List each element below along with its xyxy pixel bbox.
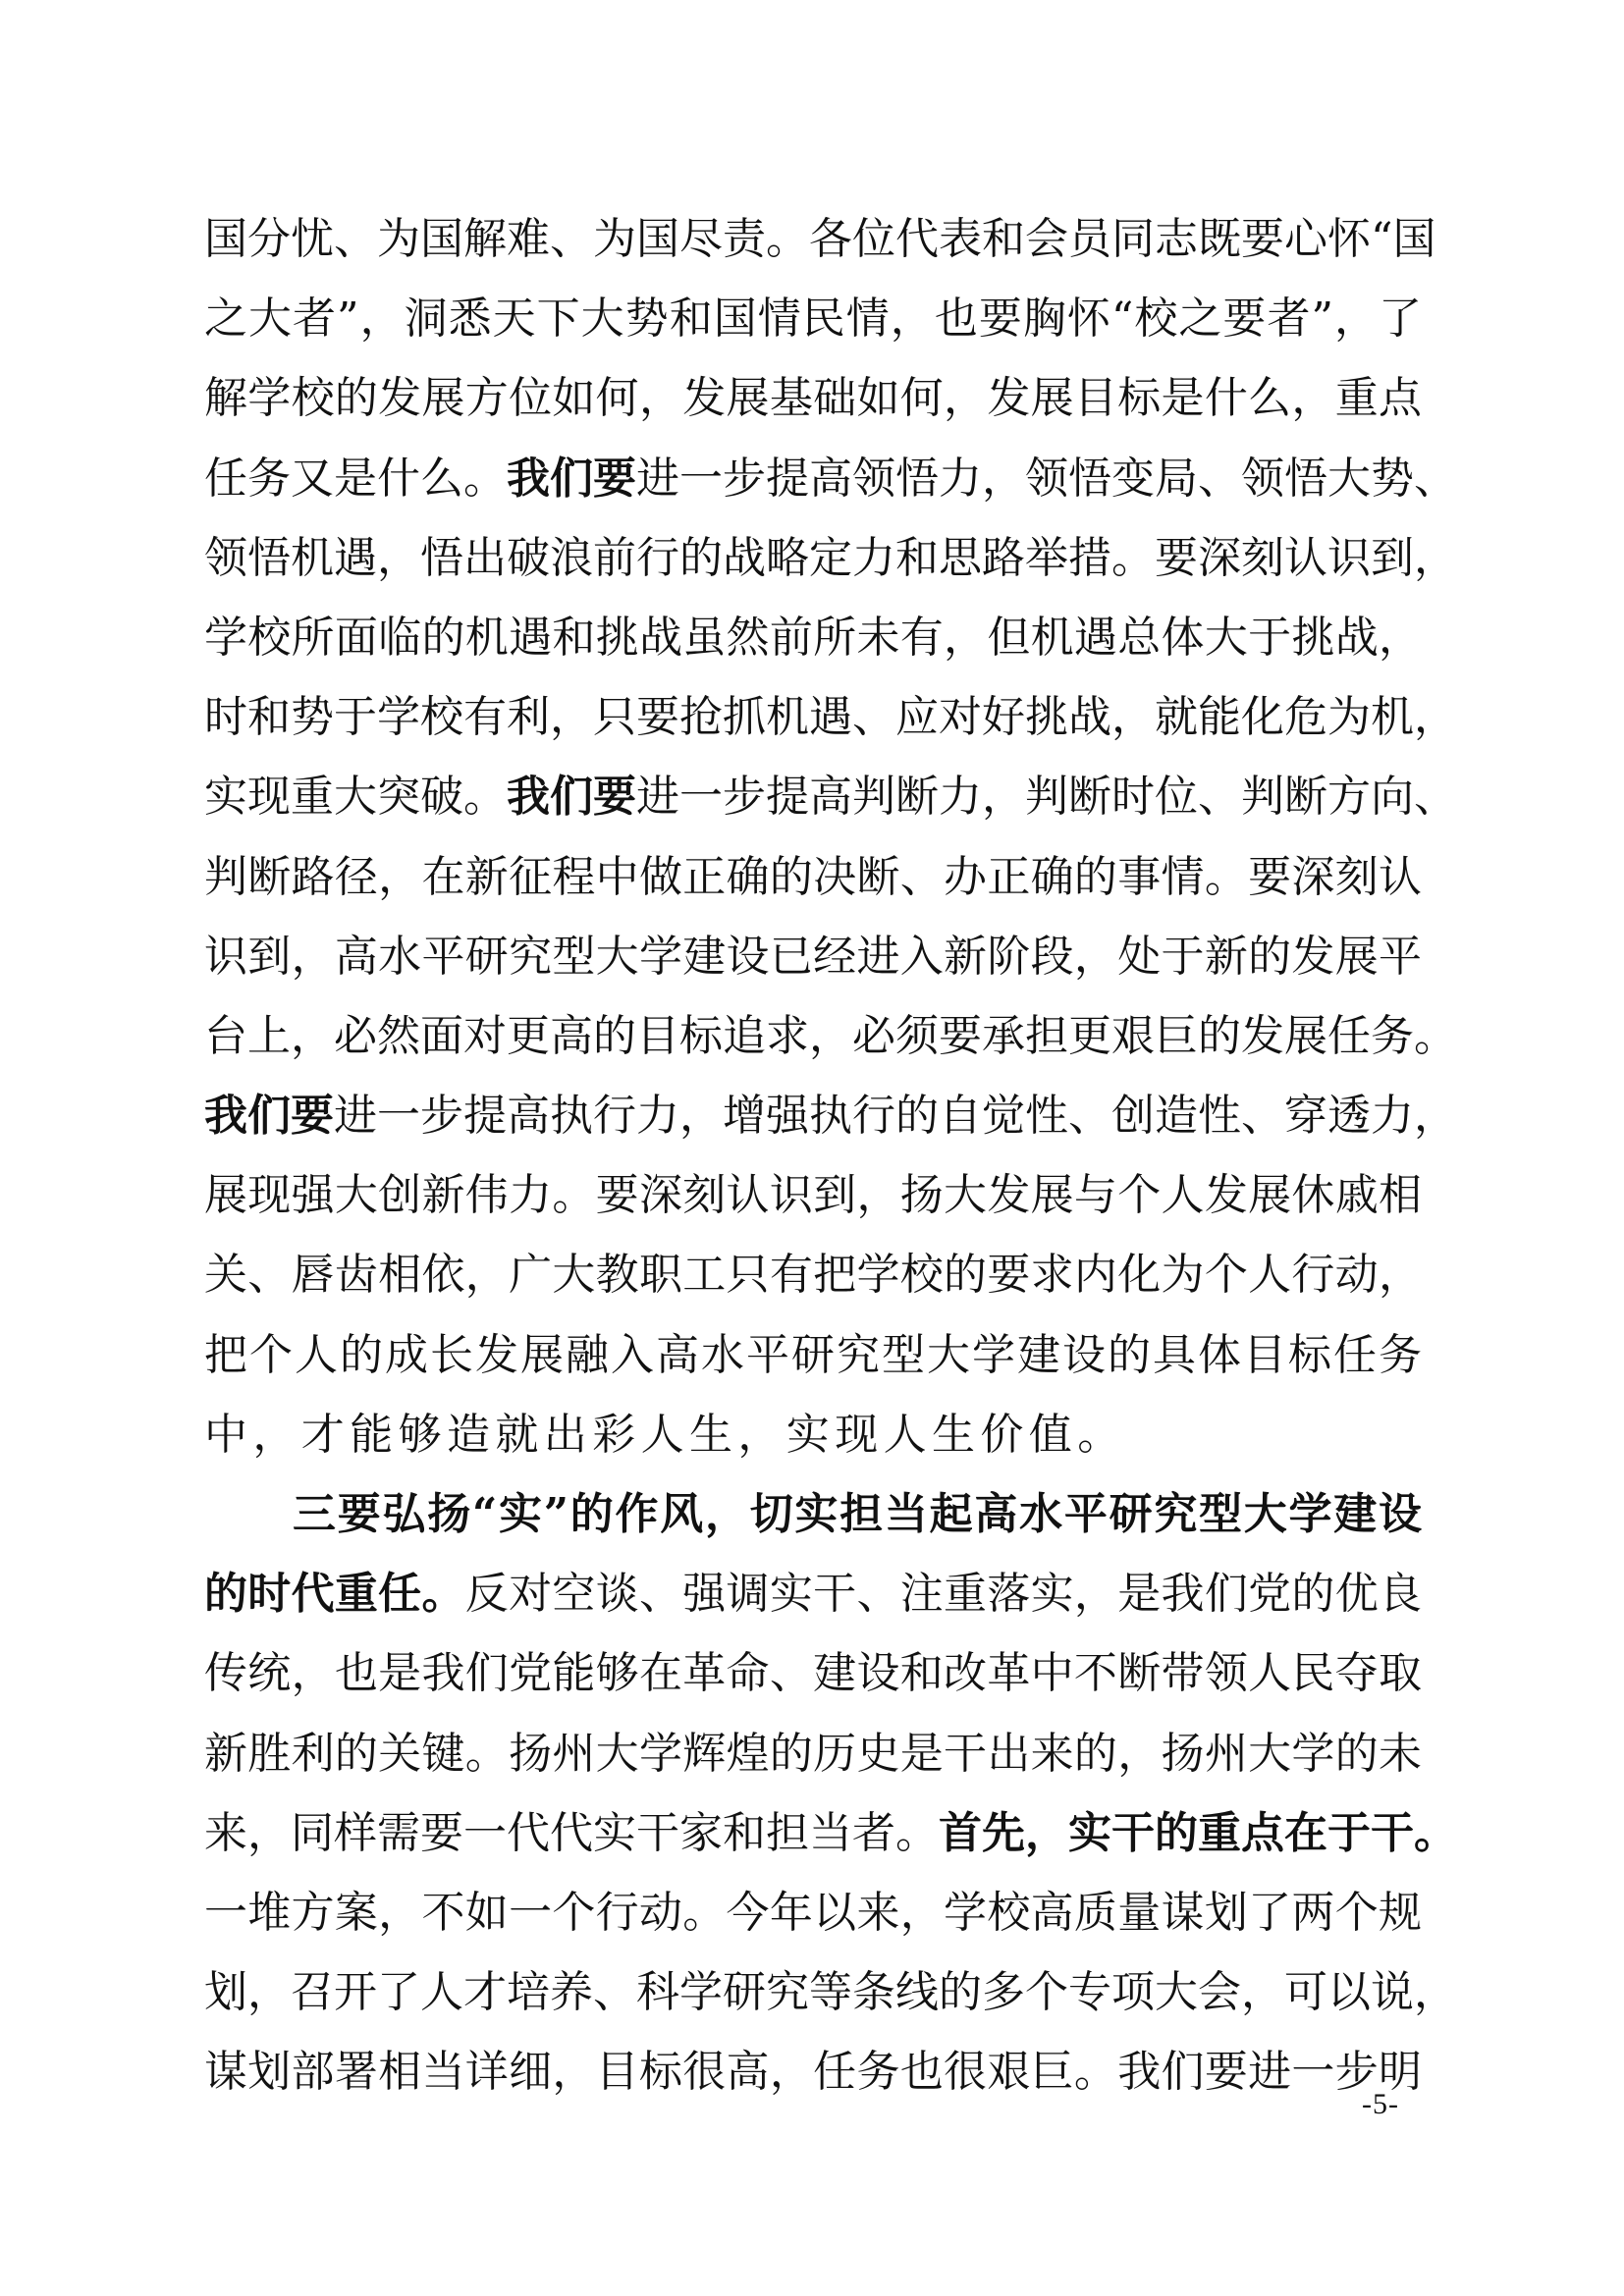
page-number: -5- <box>1362 2085 1399 2124</box>
text-line: 传统，也是我们党能够在革命、建设和改革中不断带领人民夺取 <box>204 1644 1422 1724</box>
text-segment: 学校所面临的机遇和挑战虽然前所未有，但机遇总体大于挑战， <box>204 613 1422 663</box>
text-line: 学校所面临的机遇和挑战虽然前所未有，但机遇总体大于挑战， <box>204 609 1422 688</box>
text-line: 的时代重任。反对空谈、强调实干、注重落实，是我们党的优良 <box>204 1565 1422 1644</box>
text-line: 实现重大突破。我们要进一步提高判断力，判断时位、判断方向、 <box>204 768 1422 847</box>
text-segment: 谋划部署相当详细，目标很高，任务也很艰巨。我们要进一步明 <box>204 2047 1422 2097</box>
document-page: 国分忧、为国解难、为国尽责。各位代表和会员同志既要心怀“国 之大者”，洞悉天下大… <box>0 0 1624 2296</box>
text-line: 时和势于学校有利，只要抢抓机遇、应对好挑战，就能化危为机， <box>204 688 1422 768</box>
text-line: 领悟机遇，悟出破浪前行的战略定力和思路举措。要深刻认识到， <box>204 529 1422 609</box>
paragraph-end-line: 中，才能够造就出彩人生，实现人生价值。 <box>204 1406 1422 1485</box>
section-heading-line: 三要弘扬“实”的作风，切实担当起高水平研究型大学建设 <box>204 1485 1422 1565</box>
text-line: 把个人的成长发展融入高水平研究型大学建设的具体目标任务 <box>204 1326 1422 1406</box>
text-segment: 之大者”，洞悉天下大势和国情民情，也要胸怀“校之要者”，了 <box>204 294 1422 344</box>
text-segment: 进一步提高领悟力，领悟变局、领悟大势、 <box>636 454 1457 504</box>
text-segment: 传统，也是我们党能够在革命、建设和改革中不断带领人民夺取 <box>204 1648 1422 1698</box>
text-segment: 中，才能够造就出彩人生，实现人生价值。 <box>204 1410 1126 1460</box>
section-heading: 三要弘扬“实”的作风，切实担当起高水平研究型大学建设 <box>293 1489 1422 1539</box>
text-segment: 台上，必然面对更高的目标追求，必须要承担更艰巨的发展任务。 <box>204 1011 1457 1061</box>
emphasis-text: 首先，实干的重点在于干。 <box>939 1808 1457 1858</box>
text-line: 一堆方案，不如一个行动。今年以来，学校高质量谋划了两个规 <box>204 1884 1422 1963</box>
text-segment: 领悟机遇，悟出破浪前行的战略定力和思路举措。要深刻认识到， <box>204 533 1457 583</box>
text-line: 任务又是什么。我们要进一步提高领悟力，领悟变局、领悟大势、 <box>204 450 1422 529</box>
text-line: 新胜利的关键。扬州大学辉煌的历史是干出来的，扬州大学的未 <box>204 1725 1422 1804</box>
text-segment: 一堆方案，不如一个行动。今年以来，学校高质量谋划了两个规 <box>204 1888 1422 1938</box>
emphasis-text: 我们要 <box>507 772 636 822</box>
text-segment: 来，同样需要一代代实干家和担当者。 <box>204 1808 939 1858</box>
text-segment: 展现强大创新伟力。要深刻认识到，扬大发展与个人发展休戚相 <box>204 1170 1422 1220</box>
text-segment: 国分忧、为国解难、为国尽责。各位代表和会员同志既要心怀“国 <box>204 214 1436 264</box>
text-segment: 识到，高水平研究型大学建设已经进入新阶段，处于新的发展平 <box>204 932 1422 982</box>
text-line: 之大者”，洞悉天下大势和国情民情，也要胸怀“校之要者”，了 <box>204 290 1422 369</box>
text-segment: 判断路径，在新征程中做正确的决断、办正确的事情。要深刻认 <box>204 852 1422 902</box>
emphasis-text: 我们要 <box>204 1091 334 1141</box>
text-segment: 进一步提高执行力，增强执行的自觉性、创造性、穿透力， <box>334 1091 1457 1141</box>
body-text: 国分忧、为国解难、为国尽责。各位代表和会员同志既要心怀“国 之大者”，洞悉天下大… <box>204 210 1422 2123</box>
text-line: 识到，高水平研究型大学建设已经进入新阶段，处于新的发展平 <box>204 928 1422 1007</box>
text-segment: 把个人的成长发展融入高水平研究型大学建设的具体目标任务 <box>204 1330 1422 1380</box>
text-line: 解学校的发展方位如何，发展基础如何，发展目标是什么，重点 <box>204 369 1422 449</box>
text-segment: 新胜利的关键。扬州大学辉煌的历史是干出来的，扬州大学的未 <box>204 1729 1422 1779</box>
text-line: 判断路径，在新征程中做正确的决断、办正确的事情。要深刻认 <box>204 848 1422 928</box>
text-segment: 进一步提高判断力，判断时位、判断方向、 <box>636 772 1457 822</box>
text-segment: 任务又是什么。 <box>204 454 507 504</box>
text-segment: 关、唇齿相依，广大教职工只有把学校的要求内化为个人行动， <box>204 1250 1422 1300</box>
text-segment: 划，召开了人才培养、科学研究等条线的多个专项大会，可以说， <box>204 1967 1457 2017</box>
text-line: 谋划部署相当详细，目标很高，任务也很艰巨。我们要进一步明 <box>204 2043 1422 2122</box>
text-segment: 解学校的发展方位如何，发展基础如何，发展目标是什么，重点 <box>204 373 1422 423</box>
text-segment: 反对空谈、强调实干、注重落实，是我们党的优良 <box>465 1569 1422 1619</box>
emphasis-text: 我们要 <box>507 454 636 504</box>
text-line: 展现强大创新伟力。要深刻认识到，扬大发展与个人发展休戚相 <box>204 1166 1422 1246</box>
text-line: 台上，必然面对更高的目标追求，必须要承担更艰巨的发展任务。 <box>204 1007 1422 1087</box>
text-line: 关、唇齿相依，广大教职工只有把学校的要求内化为个人行动， <box>204 1246 1422 1325</box>
text-segment: 时和势于学校有利，只要抢抓机遇、应对好挑战，就能化危为机， <box>204 692 1457 742</box>
section-heading: 的时代重任。 <box>204 1569 465 1619</box>
text-line: 国分忧、为国解难、为国尽责。各位代表和会员同志既要心怀“国 <box>204 210 1422 290</box>
text-segment: 实现重大突破。 <box>204 772 507 822</box>
text-line: 我们要进一步提高执行力，增强执行的自觉性、创造性、穿透力， <box>204 1087 1422 1166</box>
text-line: 划，召开了人才培养、科学研究等条线的多个专项大会，可以说， <box>204 1963 1422 2043</box>
text-line: 来，同样需要一代代实干家和担当者。首先，实干的重点在于干。 <box>204 1804 1422 1884</box>
